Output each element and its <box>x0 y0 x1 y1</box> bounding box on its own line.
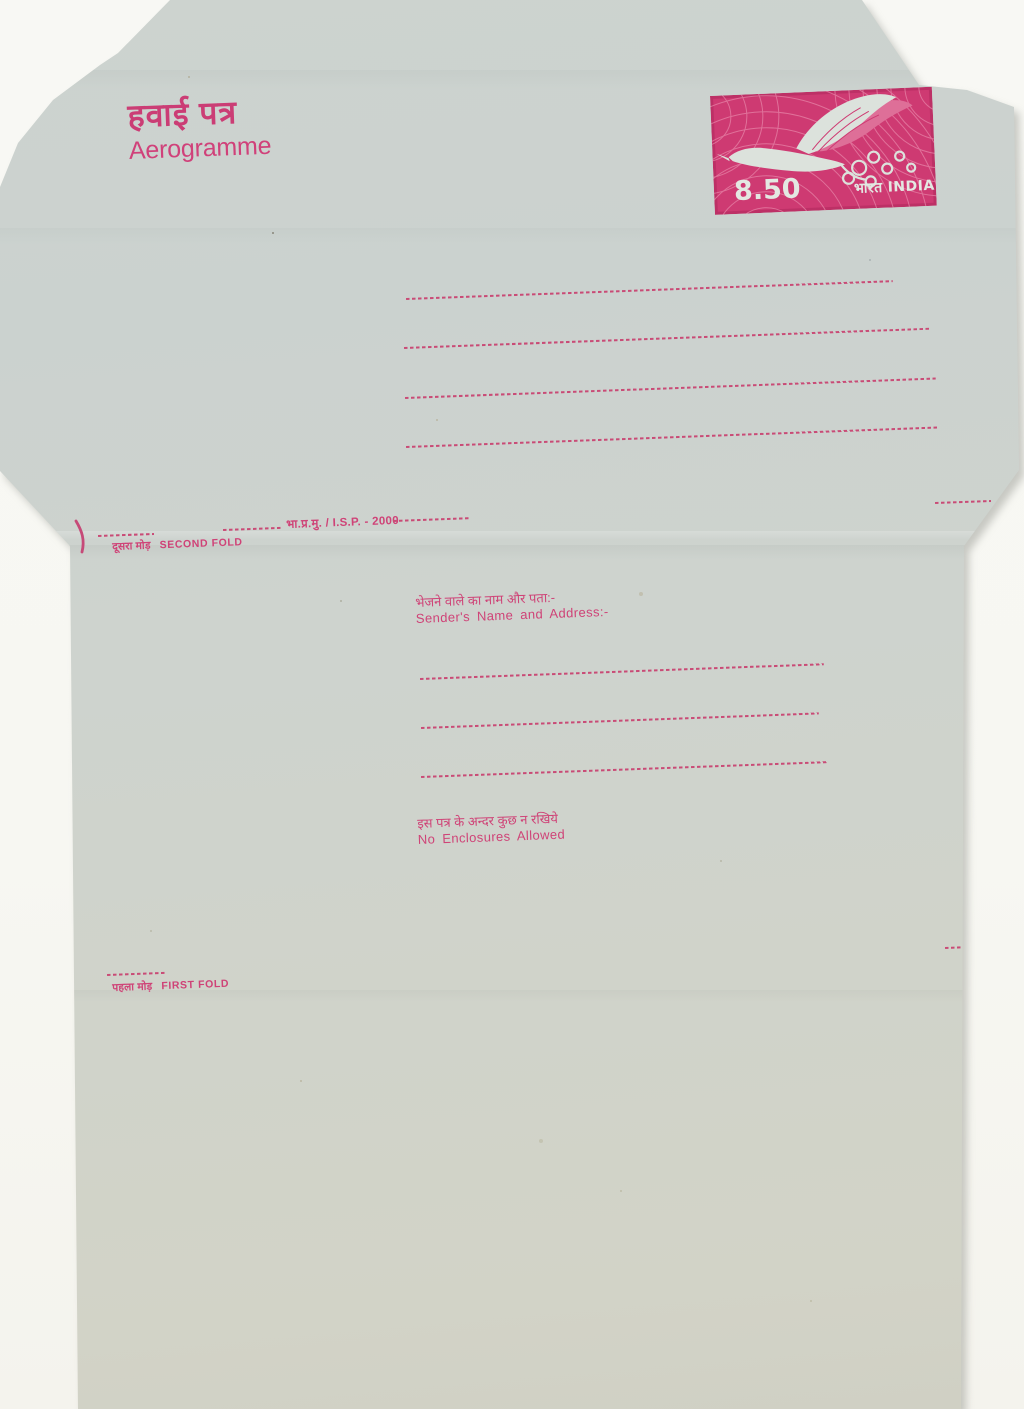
address-line <box>404 328 931 349</box>
sender-line <box>421 712 819 729</box>
sender-line <box>420 663 824 680</box>
title-block: हवाई पत्र Aerogramme <box>127 94 272 166</box>
paper-specks <box>0 0 2 2</box>
second-fold-label-hindi: दूसरा मोड़ <box>112 540 151 553</box>
second-fold-label: दूसरा मोड़SECOND FOLD <box>112 535 243 554</box>
stamp-country-hindi: भारत <box>854 180 884 197</box>
first-fold-label-english: FIRST FOLD <box>161 978 229 992</box>
first-fold-label-hindi: पहला मोड़ <box>112 981 153 994</box>
title-hindi: हवाई पत्र <box>127 94 271 134</box>
postage-stamp: 8.50 भारतINDIA <box>710 87 937 215</box>
second-fold-dash-right <box>935 500 991 504</box>
sender-line <box>421 761 828 778</box>
printer-imprint: भा.प्र.मु. / I.S.P. - 2000 <box>286 513 399 532</box>
address-line <box>406 280 893 300</box>
scan-background: हवाई पत्र Aerogramme <box>0 0 1024 1409</box>
address-line <box>406 427 938 448</box>
second-fold-dash-mid <box>223 527 281 531</box>
second-fold-dash-after-imprint <box>393 517 471 522</box>
second-fold-label-english: SECOND FOLD <box>159 536 242 551</box>
sender-label-block: भेजने वाले का नाम और पता:- Sender's Name… <box>415 588 609 627</box>
stamp-country: भारतINDIA <box>854 178 935 197</box>
first-fold-dash-right <box>945 946 961 949</box>
title-english: Aerogramme <box>128 132 271 166</box>
address-line <box>405 378 936 399</box>
second-fold-dash-left <box>98 533 154 537</box>
fold-mark-left-icon <box>73 519 91 555</box>
aerogramme-sheet: हवाई पत्र Aerogramme <box>0 0 1024 1409</box>
first-fold-dash-left <box>107 972 165 976</box>
enclosure-label-block: इस पत्र के अन्दर कुछ न रखिये No Enclosur… <box>417 811 565 848</box>
stamp-country-english: INDIA <box>887 178 935 196</box>
paper-texture-bands <box>0 0 1024 1409</box>
stamp-denomination: 8.50 <box>733 173 801 207</box>
first-fold-label: पहला मोड़FIRST FOLD <box>112 977 229 995</box>
